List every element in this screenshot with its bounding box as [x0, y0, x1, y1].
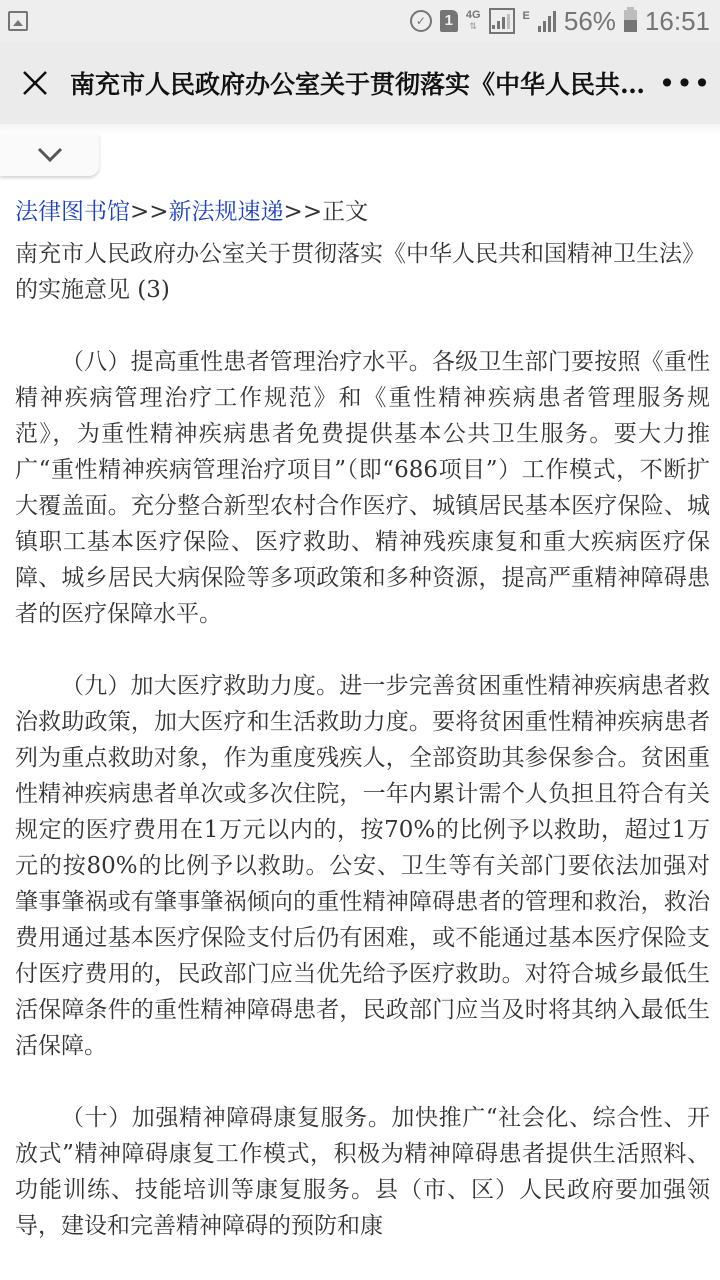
4g-label: 4G	[466, 10, 481, 21]
title-bar: 南充市人民政府办公室关于贯彻落实《中华人民共和国精神卫生法》的实施意见 (3) …	[0, 42, 720, 124]
alarm-icon: ✓	[410, 10, 432, 32]
breadcrumb-separator: >>	[130, 199, 169, 225]
collapse-toggle-button[interactable]	[0, 134, 99, 176]
breadcrumb-link-law-library[interactable]: 法律图书馆	[15, 199, 130, 225]
close-icon	[21, 69, 49, 97]
divider-shadow	[0, 124, 720, 134]
4g-data-icon: 4G ⇅	[466, 10, 481, 32]
article-content: 法律图书馆>>新法规速递>>正文 南充市人民政府办公室关于贯彻落实《中华人民共和…	[15, 190, 710, 1244]
paragraph-8: （八）提高重性患者管理治疗水平。各级卫生部门要按照《重性精神疾病管理治疗工作规范…	[15, 344, 710, 632]
paragraph-10: （十）加强精神障碍康复服务。加快推广“社会化、综合性、开放式”精神障碍康复工作模…	[15, 1100, 710, 1244]
breadcrumb-link-new-regulations[interactable]: 新法规速递	[169, 199, 284, 225]
breadcrumb-separator: >>	[284, 199, 323, 225]
battery-icon	[624, 10, 637, 32]
breadcrumb: 法律图书馆>>新法规速递>>正文	[15, 190, 710, 234]
e-network-icon: E	[523, 10, 530, 22]
gallery-notification-icon	[8, 11, 28, 31]
close-button[interactable]	[0, 42, 70, 124]
page-title: 南充市人民政府办公室关于贯彻落实《中华人民共和国精神卫生法》的实施意见 (3)	[70, 65, 650, 101]
sim1-icon: 1	[440, 10, 458, 32]
signal-icon	[538, 10, 556, 32]
chevron-down-icon	[36, 146, 64, 164]
more-icon: •••	[659, 67, 712, 100]
data-arrows-icon: ⇅	[469, 21, 477, 32]
battery-percent: 56%	[564, 6, 616, 37]
more-options-button[interactable]: •••	[650, 42, 720, 124]
paragraph-9: （九）加大医疗救助力度。进一步完善贫困重性精神疾病患者救治救助政策，加大医疗和生…	[15, 668, 710, 1064]
status-bar: ✓ 1 4G ⇅ E 56% 16:51	[0, 0, 720, 42]
clock: 16:51	[645, 6, 710, 37]
signal-boxed-icon	[489, 8, 515, 34]
article-title: 南充市人民政府办公室关于贯彻落实《中华人民共和国精神卫生法》的实施意见 (3)	[15, 236, 710, 308]
breadcrumb-current: 正文	[322, 199, 368, 225]
